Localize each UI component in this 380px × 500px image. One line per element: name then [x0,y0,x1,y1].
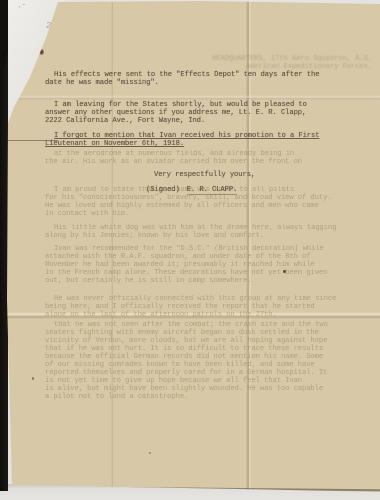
bleed-through-text: He was never officially connected with t… [45,295,336,319]
text-line: along by his Jennies; known by his love … [45,232,336,240]
paragraph-leaving-for-states: I am leaving for the States shortly, but… [45,101,307,125]
text-line: out, but certainly he is still in camp s… [45,277,327,285]
text-line: He was loved and highly esteemed by all … [45,202,332,210]
text-line: seaters fighting with enemy aircraft beg… [45,329,328,337]
text-line: at the aerodrome at numerous fields, and… [45,150,302,158]
scanned-letter-photo: .- 2 at the aerodrome at numerous fields… [0,0,380,500]
text-line: HEADQUARTERS, 17th Aero Squadron, A.S. [212,55,372,63]
text-line: Lieutenant on November 6th, 1918. [45,140,319,148]
text-line: answer any other questions if you addres… [45,109,307,117]
paragraph-promotion-underlined: I forgot to mention that Ivan received h… [45,132,319,148]
text-line: Ivan was recommended for the "D.S.C." (B… [45,245,327,253]
paragraph-effects-depot: His effects were sent to the "Effects De… [45,71,319,87]
text-line: because the official German records did … [45,353,328,361]
signature-text: (Signed)E. R. CLAPP. [146,186,237,194]
text-line: in the French camp alone. These decorati… [45,269,327,277]
text-line: a pilot not to land a catastrophe. [45,393,328,401]
stain-spot [32,377,34,380]
text-line: the air. His work as an aviator carried … [45,158,302,166]
text-line: I forgot to mention that Ivan received h… [45,132,319,140]
text-line: that he was not seen after the combat; t… [45,321,328,329]
text-line: attached with the R.A.F. squadron, and u… [45,253,327,261]
signature-name: E. R. CLAPP. [187,186,238,195]
signature-prefix: (Signed) [146,186,180,194]
text-line: His little white dog was with him at the… [45,224,336,232]
photo-black-edge [0,0,8,491]
bleed-through-text: Ivan was recommended for the "D.S.C." (B… [45,245,327,293]
text-line: is alive, but might have been slightly w… [45,385,328,393]
text-line: for his "conscientiousness", bravery, sk… [45,194,332,202]
text-line: November he had been awarded it; presuma… [45,261,327,269]
text-line: being here, and I officially received th… [45,303,336,311]
text-line: reported themselves and properly cared f… [45,369,328,377]
bleed-through-text: His little white dog was with him at the… [45,224,336,240]
text-line: date he was made "missing". [45,79,319,87]
bleed-through-text: at the aerodrome at numerous fields, and… [45,150,302,166]
closing-line: Very respectfully yours, [154,171,255,179]
fold-crease-horizontal [0,95,380,100]
letterhead: HEADQUARTERS, 17th Aero Squadron, A.S.Am… [212,55,372,71]
bleed-through-text: that he was not seen after the combat; t… [45,321,328,401]
signature-line: (Signed)E. R. CLAPP. [146,186,237,194]
text-line: I am leaving for the States shortly, but… [45,101,307,109]
text-line: His effects were sent to the "Effects De… [45,71,319,79]
stain-spot [149,452,151,454]
text-line [45,285,327,293]
closing-text: Very respectfully yours, [154,171,255,179]
text-line: in contact with him. [45,210,332,218]
letter-paper: at the aerodrome at numerous fields, and… [0,0,380,500]
pencil-mark: .- [16,1,27,11]
text-line: 2222 California Ave., Fort Wayne, Ind. [45,117,307,125]
text-line: of our missing comrades known to have be… [45,361,328,369]
text-line: alone on the last of the afternoon patro… [45,311,336,319]
text-line: that if he was not hurt. It is so diffic… [45,345,328,353]
text-line: American Expeditionary Forces. [212,63,372,71]
text-line: is not yet time to give up hope because … [45,377,328,385]
text-line: He was never officially connected with t… [45,295,336,303]
text-line: vicinity of Verdun, more clouds, but we … [45,337,328,345]
